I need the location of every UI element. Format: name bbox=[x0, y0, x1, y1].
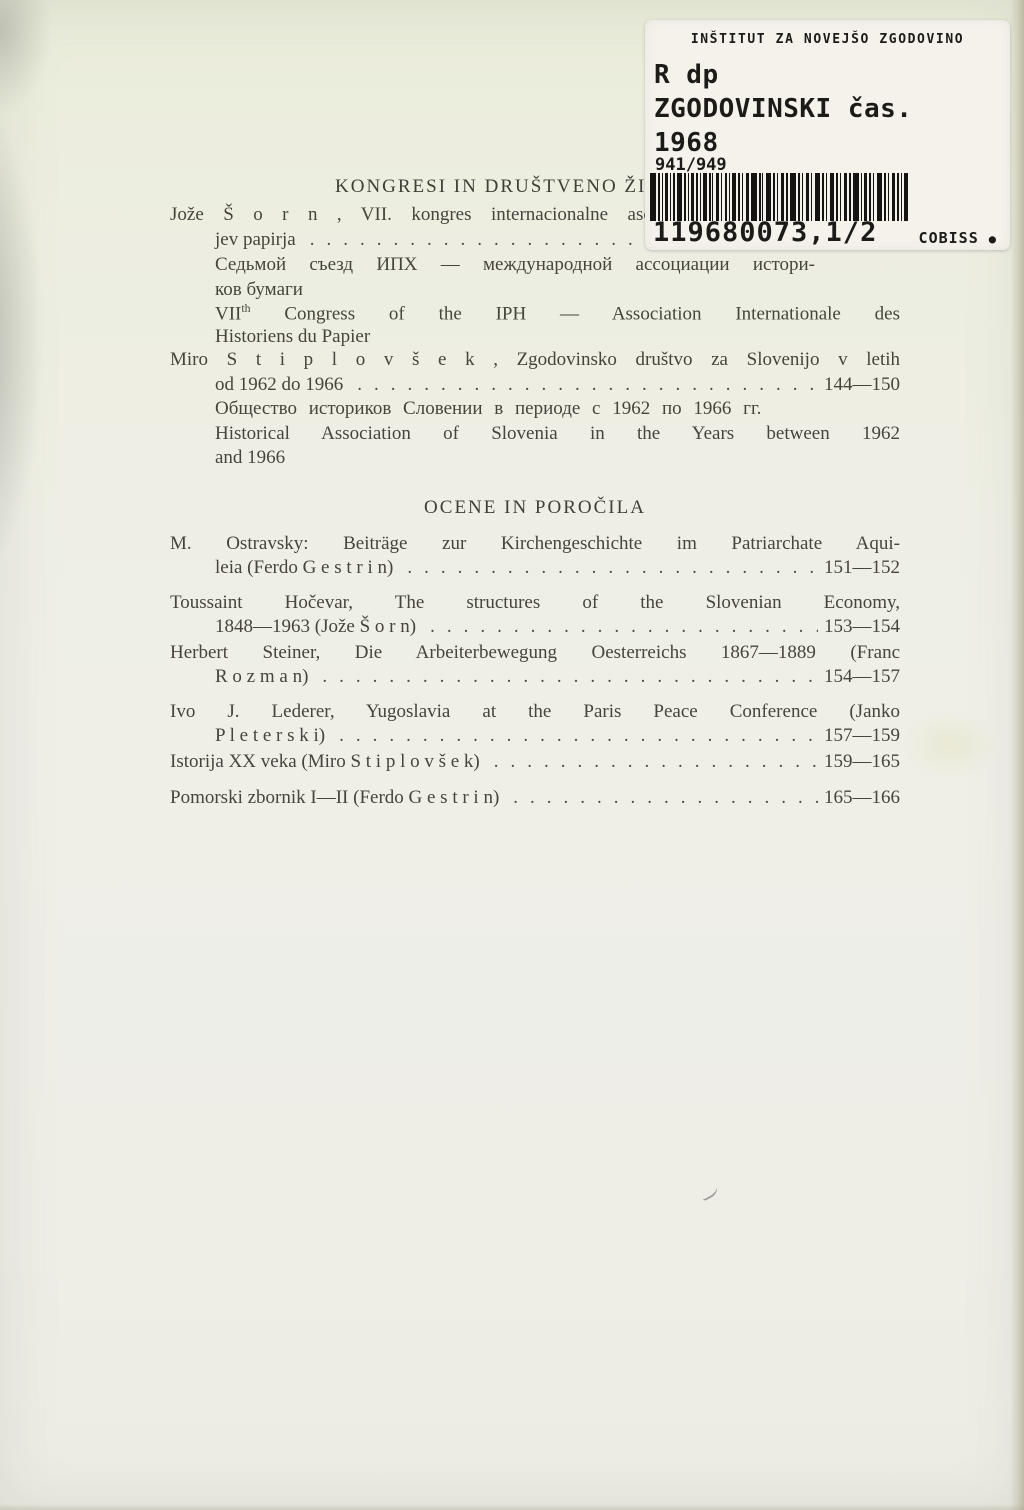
toc-entry-line-russian: Общество историков Словении в периоде с … bbox=[215, 399, 761, 418]
toc-entry-line-english: and 1966 bbox=[215, 448, 285, 467]
cobiss-mark: COBISS ● bbox=[919, 229, 997, 247]
dot-leader: ........................................… bbox=[407, 558, 818, 577]
cobiss-dot-icon: ● bbox=[989, 232, 997, 246]
entry-text: leia (Ferdo G e s t r i n) bbox=[215, 558, 393, 577]
library-label: INŠTITUT ZA NOVEJŠO ZGODOVINO R dp ZGODO… bbox=[645, 20, 1010, 250]
entry-text: R o z m a n) bbox=[215, 667, 308, 686]
page-range: 144—150 bbox=[818, 375, 900, 394]
page-edge-bottom bbox=[0, 1504, 1024, 1510]
barcode bbox=[650, 173, 908, 221]
toc-entry-line: Miro S t i p l o v š e k , Zgodovinsko d… bbox=[170, 350, 900, 369]
toc-entry-line-russian: Седьмой съезд ИПХ — международной ассоци… bbox=[215, 255, 815, 274]
toc-entry-line-english: VIIth Congress of the IPH — Association … bbox=[215, 303, 900, 323]
toc-entry-line: Toussaint Hočevar, The structures of the… bbox=[170, 593, 900, 612]
entry-text: Pomorski zbornik I—II (Ferdo G e s t r i… bbox=[170, 788, 499, 807]
dot-leader: ........................................… bbox=[339, 726, 818, 745]
cobiss-text: COBISS bbox=[919, 229, 979, 247]
entry-text: VII bbox=[215, 303, 241, 324]
dot-leader: ........................................… bbox=[494, 752, 818, 771]
dot-leader: ........................................… bbox=[513, 788, 818, 807]
toc-entry-line-russian: ков бумаги bbox=[215, 280, 303, 299]
page-range: 151—152 bbox=[818, 558, 900, 577]
page-range: 154—157 bbox=[818, 667, 900, 686]
toc-entry-line: R o z m a n) ...........................… bbox=[215, 667, 900, 686]
toc-entry-line: M. Ostravsky: Beiträge zur Kirchengeschi… bbox=[170, 534, 900, 553]
toc-entry-line: Pomorski zbornik I—II (Ferdo G e s t r i… bbox=[170, 788, 900, 807]
institute-name: INŠTITUT ZA NOVEJŠO ZGODOVINO bbox=[645, 32, 1010, 47]
toc-section-heading-ocene: OCENE IN POROČILA bbox=[170, 498, 900, 517]
dot-leader: ........................................… bbox=[310, 230, 657, 249]
toc-entry-line: P l e t e r s k i) .....................… bbox=[215, 726, 900, 745]
journal-year: 1968 bbox=[654, 130, 719, 156]
toc-entry-line-english: Historical Association of Slovenia in th… bbox=[215, 424, 900, 443]
page-edge-right bbox=[1010, 0, 1024, 1510]
page-range: 153—154 bbox=[818, 617, 900, 636]
entry-text: 1848—1963 (Jože Š o r n) bbox=[215, 617, 416, 636]
toc-entry-line: Jože Š o r n , VII. kongres internaciona… bbox=[170, 205, 675, 224]
toc-entry-line: leia (Ferdo G e s t r i n) .............… bbox=[215, 558, 900, 577]
toc-entry-line: jev papirja ............................… bbox=[215, 230, 657, 249]
entry-text: od 1962 do 1966 bbox=[215, 375, 343, 394]
superscript-th: th bbox=[241, 302, 250, 315]
shelf-mark: R dp bbox=[654, 62, 719, 88]
udc-number: 941/949 bbox=[655, 157, 727, 174]
toc-entry-line: Istorija XX veka (Miro S t i p l o v š e… bbox=[170, 752, 900, 771]
entry-text: Istorija XX veka (Miro S t i p l o v š e… bbox=[170, 752, 480, 771]
dot-leader: ........................................… bbox=[430, 617, 818, 636]
dot-leader: ........................................… bbox=[322, 667, 818, 686]
scanned-page: KONGRESI IN DRUŠTVENO ŽI Jože Š o r n , … bbox=[0, 0, 1024, 1510]
toc-entry-line: Ivo J. Lederer, Yugoslavia at the Paris … bbox=[170, 702, 900, 721]
entry-text: Congress of the IPH — Association Intern… bbox=[284, 303, 900, 324]
toc-entry-line: Herbert Steiner, Die Arbeiterbewegung Oe… bbox=[170, 643, 900, 662]
entry-text: P l e t e r s k i) bbox=[215, 726, 325, 745]
toc-entry-line-english: Historiens du Papier bbox=[215, 327, 370, 346]
toc-entry-line: od 1962 do 1966 ........................… bbox=[215, 375, 900, 394]
page-range: 157—159 bbox=[818, 726, 900, 745]
page-range: 165—166 bbox=[818, 788, 900, 807]
accession-number: 119680073,1/2 bbox=[653, 219, 877, 246]
toc-entry-line: 1848—1963 (Jože Š o r n) ...............… bbox=[215, 617, 900, 636]
pen-mark bbox=[698, 1182, 720, 1201]
dot-leader: ........................................… bbox=[357, 375, 818, 394]
entry-text: jev papirja bbox=[215, 230, 296, 249]
toc-section-heading-kongresi: KONGRESI IN DRUŠTVENO ŽI bbox=[335, 177, 646, 196]
page-range: 159—165 bbox=[818, 752, 900, 771]
journal-title: ZGODOVINSKI čas. bbox=[654, 96, 912, 122]
